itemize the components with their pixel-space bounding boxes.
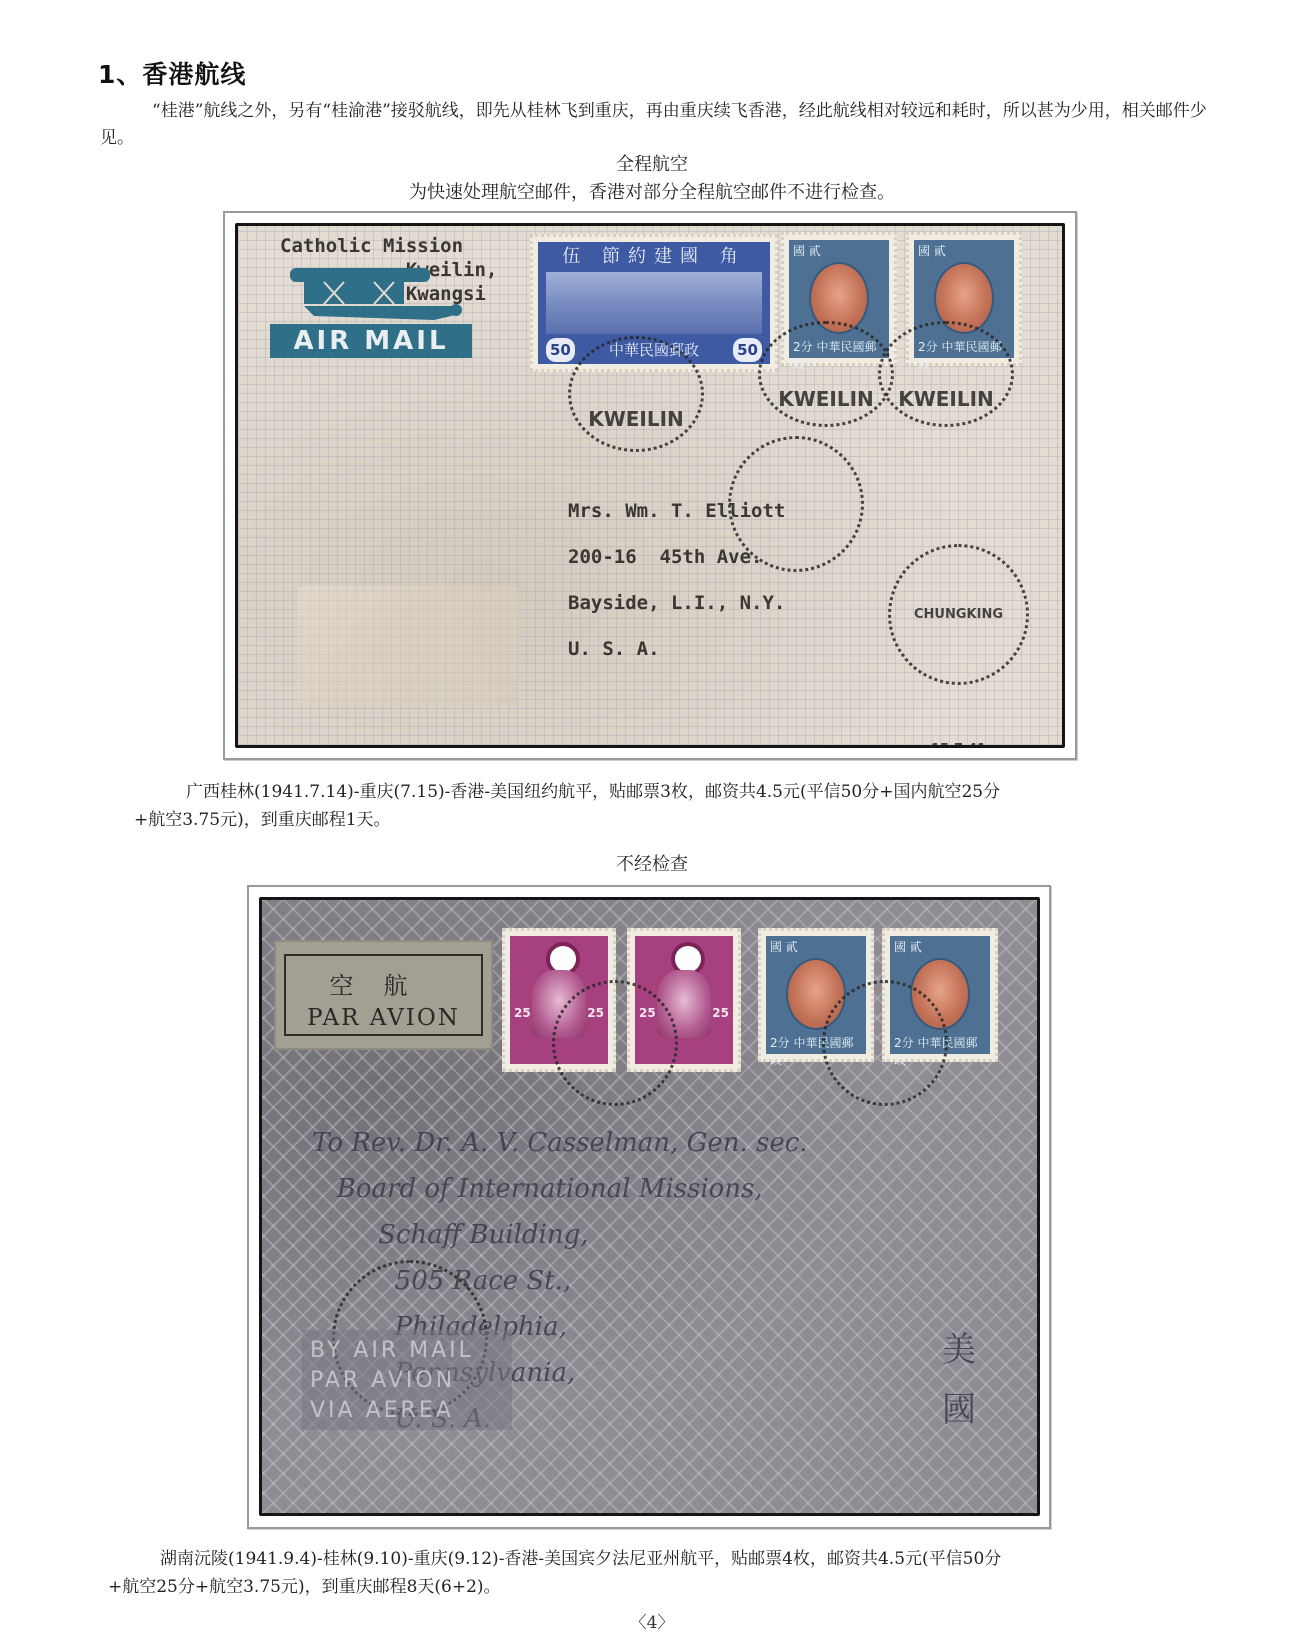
exhibit1-note: 为快速处理航空邮件，香港对部分全程航空邮件不进行检查。	[0, 178, 1304, 204]
exhibit1-caption: 广西桂林(1941.7.14)-重庆(7.15)-香港-美国纽约航平，贴邮票3枚…	[134, 778, 1194, 834]
china-usa-note: 美 國	[942, 1320, 976, 1440]
postmark-chinese	[552, 980, 678, 1106]
cover1-image: Catholic Mission Kweilin, Kwangsi AIR MA…	[235, 223, 1065, 748]
cover2-frame: 空航 PAR AVION 25 25 25 25 國 貳	[247, 885, 1051, 1529]
exhibit2-title: 不经检查	[0, 850, 1304, 876]
cover1-frame: Catholic Mission Kweilin, Kwangsi AIR MA…	[223, 211, 1077, 760]
airmail-label: AIR MAIL	[270, 324, 472, 358]
postmark-chinese	[822, 980, 948, 1106]
cover2-image: 空航 PAR AVION 25 25 25 25 國 貳	[259, 897, 1040, 1516]
section-heading: 1、香港航线	[98, 55, 246, 91]
postmark-kweilin: KWEILIN	[568, 336, 704, 452]
envelope-watermark	[298, 586, 518, 706]
par-avion-label: 空航 PAR AVION	[274, 940, 493, 1050]
page-number: 〈4〉	[0, 1608, 1304, 1633]
exhibit2-caption: 湖南沅陵(1941.9.4)-桂林(9.10)-重庆(9.12)-香港-美国宾夕…	[108, 1545, 1208, 1601]
postmark-kweilin: KWEILIN	[758, 321, 894, 427]
by-air-mail-label: BY AIR MAIL PAR AVION VIA AEREA	[302, 1330, 512, 1430]
intro-paragraph: “桂港”航线之外，另有“桂渝港”接驳航线，即先从桂林飞到重庆，再由重庆续飞香港，…	[100, 98, 1210, 152]
biplane-icon	[284, 262, 464, 326]
recipient-address: Mrs. Wm. T. Elliott 200-16 45th Ave. Bay…	[568, 488, 785, 672]
postmark-kweilin: KWEILIN	[878, 321, 1014, 427]
stamp-scene	[546, 272, 762, 334]
postmark-chungking: CHUNGKING 15.7.41	[888, 544, 1029, 685]
exhibit1-title: 全程航空	[0, 150, 1304, 176]
